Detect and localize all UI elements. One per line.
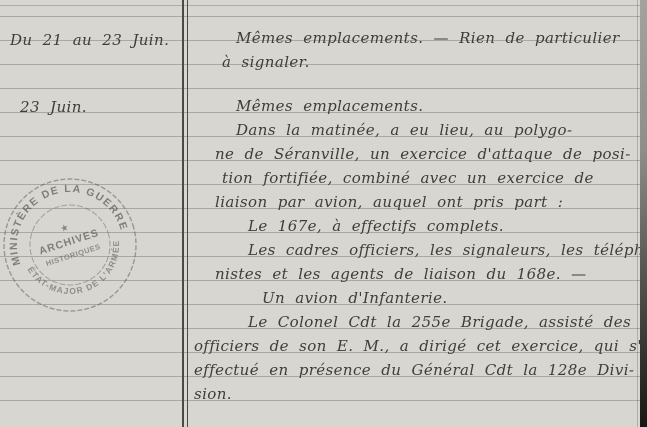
archive-stamp: MINISTÈRE DE LA GUERRE ★ ARCHIVES HISTOR…	[0, 157, 158, 333]
handwritten-line: Mêmes emplacements. — Rien de particulie…	[236, 26, 642, 50]
handwritten-line: Les cadres officiers, les signaleurs, le…	[248, 238, 642, 262]
page-edge-line	[637, 0, 638, 427]
handwritten-line: sion.	[194, 382, 642, 406]
stamp-star-icon: ★	[59, 222, 70, 234]
handwritten-line: Le 167e, à effectifs complets.	[248, 214, 642, 238]
top-rule-line	[0, 5, 647, 6]
handwritten-line: à signaler.	[222, 50, 642, 74]
handwritten-line: Un avion d'Infanterie.	[262, 286, 642, 310]
handwritten-line: effectué en présence du Général Cdt la 1…	[194, 358, 642, 382]
ledger-divider-line-1	[182, 0, 184, 427]
page-edge-shadow	[640, 0, 647, 427]
handwritten-line: Le Colonel Cdt la 255e Brigade, assisté …	[248, 310, 642, 334]
handwritten-line: Mêmes emplacements.	[236, 94, 642, 118]
ledger-page: Du 21 au 23 Juin. 23 Juin. MINISTÈRE DE …	[0, 0, 647, 427]
handwritten-line: tion fortifiée, combiné avec un exercice…	[222, 166, 642, 190]
entry-date: 23 Juin.	[20, 95, 87, 119]
handwritten-line: Dans la matinée, a eu lieu, au polygo-	[236, 118, 642, 142]
handwritten-line: liaison par avion, auquel ont pris part …	[215, 190, 642, 214]
entry-block-21-23-juin: Mêmes emplacements. — Rien de particulie…	[222, 26, 642, 74]
entry-block-23-juin: Mêmes emplacements. Dans la matinée, a e…	[222, 94, 642, 406]
handwritten-line: ne de Séranville, un exercice d'attaque …	[215, 142, 642, 166]
handwritten-line: nistes et les agents de liaison du 168e.…	[215, 262, 642, 286]
entry-date-range: Du 21 au 23 Juin.	[10, 28, 169, 52]
handwritten-line: officiers de son E. M., a dirigé cet exe…	[194, 334, 642, 358]
ledger-divider-line-2	[187, 0, 188, 427]
